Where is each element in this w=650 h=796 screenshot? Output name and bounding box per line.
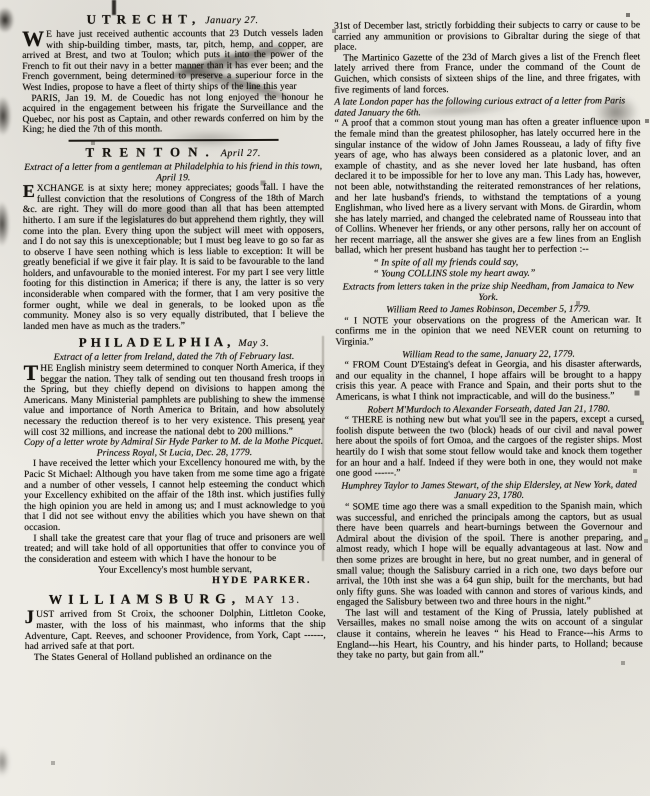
- ink-smudge: [0, 2, 18, 38]
- williamsburg-dropcap: J: [25, 610, 37, 626]
- ink-smudge: [0, 192, 13, 256]
- ink-smudge: [0, 88, 15, 144]
- utrecht-paragraph: WE have just received authentic accounts…: [22, 29, 323, 94]
- trenton-subhead: Extract of a letter from a gentleman at …: [23, 162, 324, 185]
- philadelphia-text: HE English ministry seem determined to c…: [24, 362, 325, 438]
- parker-paragraph-1: I have received the letter which your Ex…: [24, 458, 325, 533]
- columns-container: UTRECHT,January 27. WE have just receive…: [22, 6, 643, 663]
- states-general-paragraph: The States General of Holland published …: [25, 651, 326, 663]
- ink-speckles: [0, 0, 2, 2]
- williamsburg-text: UST arrived from St Croix, the schooner …: [25, 608, 326, 652]
- ballad-line-2: “ Young COLLINS stole my heart away.”: [373, 267, 641, 279]
- letter-2-paragraph: “ FROM Count D'Estaing's defeat in Georg…: [336, 360, 642, 404]
- prussia-paragraph: The last will and testament of the King …: [337, 607, 643, 661]
- utrecht-heading: UTRECHT,January 27.: [22, 11, 323, 29]
- trenton-city: TRENTON.: [85, 144, 216, 160]
- trenton-heading: TRENTON.April 27.: [23, 144, 324, 162]
- section-divider-rule: [68, 139, 278, 142]
- williamsburg-city: WILLIAMSBURG,: [49, 591, 241, 607]
- parker-signature: HYDE PARKER.: [24, 575, 325, 588]
- trenton-date: April 27.: [221, 148, 261, 159]
- williamsburg-paragraph: JUST arrived from St Croix, the schooner…: [25, 609, 326, 653]
- ballad-quote: “ In spite of all my friends could say, …: [335, 256, 641, 279]
- needham-subhead: Extracts from letters taken in the prize…: [335, 281, 641, 304]
- left-column: UTRECHT,January 27. WE have just receive…: [22, 8, 326, 664]
- martinico-paragraph: The Martinico Gazette of the 23d of Marc…: [334, 52, 640, 96]
- utrecht-text: E have just received authentic accounts …: [22, 28, 323, 93]
- williamsburg-date: MAY 13.: [245, 595, 301, 606]
- letter-3-paragraph: “ THERE is nothing new but what you'll s…: [336, 414, 642, 479]
- williamsburg-heading: WILLIAMSBURG,MAY 13.: [25, 591, 326, 609]
- philadelphia-date: May 3.: [238, 338, 269, 349]
- letter-4-attribution: Humphrey Taylor to James Stewart, of the…: [336, 480, 642, 503]
- paris-paragraph: PARIS, Jan 19. M. de Couedic has not lon…: [22, 92, 323, 136]
- letter-1-paragraph: “ I NOTE your observations on the progre…: [335, 315, 641, 348]
- newspaper-page: UTRECHT,January 27. WE have just receive…: [0, 0, 650, 796]
- right-column: 31st of December last, strictly forbiddi…: [334, 6, 643, 662]
- gibraltar-paragraph: 31st of December last, strictly forbiddi…: [334, 20, 640, 53]
- rousseau-paragraph: “ A proof that a common stout young man …: [334, 118, 641, 257]
- parker-paragraph-2: I shall take the greatest care that your…: [24, 532, 325, 565]
- trenton-text: XCHANGE is at sixty here; money apprecia…: [23, 182, 325, 332]
- letter-4-paragraph: “ SOME time ago there was a small expedi…: [336, 501, 642, 608]
- philadelphia-paragraph: THE English ministry seem determined to …: [24, 363, 325, 438]
- utrecht-date: January 27.: [205, 15, 258, 26]
- philadelphia-city: PHILADELPHIA,: [79, 335, 235, 351]
- ink-smudge: [0, 742, 12, 782]
- utrecht-city: UTRECHT,: [87, 11, 202, 26]
- trenton-dropcap: E: [23, 184, 37, 199]
- trenton-paragraph: EXCHANGE is at sixty here; money appreci…: [23, 183, 325, 333]
- utrecht-dropcap: W: [22, 30, 46, 48]
- philadelphia-heading: PHILADELPHIA,May 3.: [23, 334, 324, 352]
- philadelphia-dropcap: T: [24, 364, 41, 382]
